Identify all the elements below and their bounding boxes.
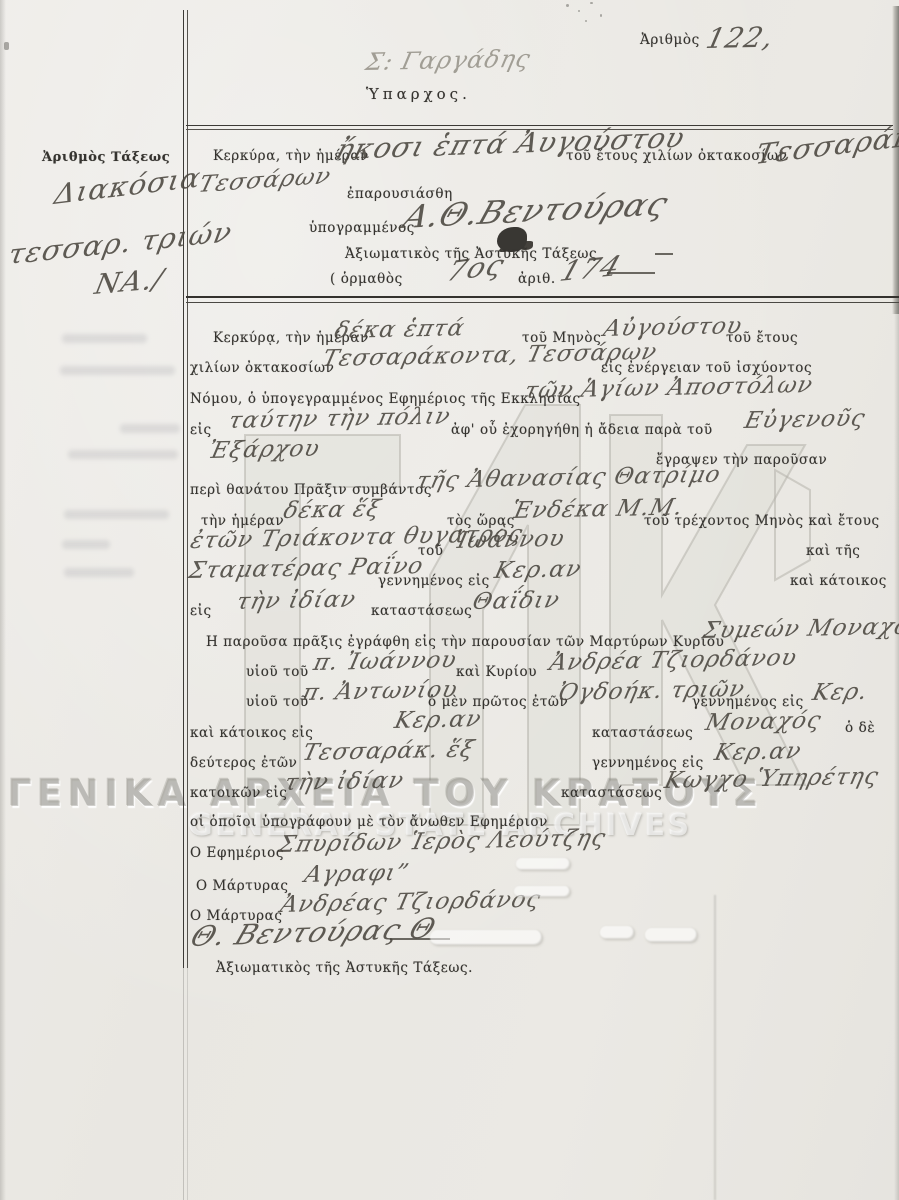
pen-dash [607,272,655,274]
act-printed: καὶ κάτοικος εἰς [190,725,313,741]
act-handwritten: Τεσσαράκ. ἕξ [300,736,477,766]
record-number-label: Ἀριθμὸς [640,32,700,48]
act-handwritten: Κερ.αν [392,706,484,734]
record-number-value: 122, [703,21,777,55]
act-handwritten: Ἰωάννου [452,526,568,554]
ink-speck [585,20,587,22]
pencil-signature-gargadis: Σ: Γαργάδης [363,45,534,76]
act-handwritten: Ἀνδρέα Τζιορδάνου [547,645,800,676]
emboss-stamp [516,858,570,870]
bleedthrough-mark [120,424,180,433]
presentation-printed: ( ὁρμαθὸς [330,271,403,287]
act-printed: δεύτερος ἐτῶν [190,755,297,771]
act-handwritten: Κερ.αν [492,556,584,584]
presentation-handwritten: Τεσσαράκοντ [753,113,899,171]
page-right-edge-dark [892,6,899,314]
act-handwritten: Αὐγούστου [601,313,745,342]
act-handwritten: π. Ἰωάννου [311,647,459,676]
form-vertical-rule-faded [183,968,188,1200]
pen-dash [655,253,673,255]
act-printed: ὁ δὲ [845,720,875,736]
act-printed: υἱοῦ τοῦ [246,664,309,680]
presentation-printed: ἀριθ. [518,271,556,287]
act-printed: χιλίων ὀκτακοσίων [190,360,334,376]
paper-crease [714,895,716,1200]
act-printed: τοῦ τρέχοντος Μηνὸς καὶ ἔτους [644,513,880,529]
act-handwritten: Ἐξάρχου [206,436,323,464]
yparchos-title: Ὑπαρχος. [366,85,471,103]
witness-signature-1: Αγραφι” [302,860,412,888]
act-handwritten: Κερ.αν [712,738,804,766]
emboss-stamp [600,926,634,939]
ink-speck [4,42,9,50]
officer-title-bottom: Ἀξιωματικὸς τῆς Ἀστυκῆς Τάξεως. [216,960,473,976]
act-handwritten: δέκα ἕξ [281,496,384,524]
bleedthrough-mark [68,450,178,459]
act-handwritten: Εὐγενοῦς [742,406,868,434]
act-handwritten: τὴν ἰδίαν [234,587,359,615]
scanned-death-record-page: ΓΕΝΙΚΑ ΑΡΧΕΙΑ ΤΟΥ ΚΡΑΤΟΥΣ GENERAL STATE … [0,0,899,1200]
act-printed: περὶ θανάτου Πρᾶξιν συμβάντος [190,482,432,498]
form-horizontal-rule-section [186,296,899,303]
bleedthrough-mark [62,540,110,549]
act-handwritten: δέκα ἑπτά [332,315,467,344]
emboss-stamp [430,930,542,945]
page-right-edge-shadow [894,310,899,1200]
emboss-stamp [514,886,570,897]
margin-handwriting-3: ΝΑ./ [92,262,167,301]
ink-speck [566,4,569,7]
act-handwritten: ταύτην τὴν πόλιν [226,403,453,434]
act-printed: καὶ Κυρίου [456,664,537,680]
bleedthrough-mark [62,334,147,343]
act-printed: κατοικῶν εἰς [190,785,287,801]
act-printed: τοῦ ἔτους [726,330,798,346]
act-handwritten: Κωγχο Ὑπηρέτης [662,764,881,794]
act-printed: εἰς [190,422,212,438]
act-handwritten: Κερ. [810,679,871,706]
act-printed: καὶ κάτοικος [790,573,887,589]
act-handwritten: τὴν ἰδίαν [282,768,407,796]
act-printed: εἰς [190,603,212,619]
act-printed: καταστάσεως [592,725,693,741]
bleedthrough-mark [60,366,175,375]
form-vertical-rule [183,10,188,968]
ink-speck [578,10,580,12]
act-printed: γεννημένος εἰς [378,573,490,589]
bleedthrough-mark [64,568,134,577]
presentation-handwritten: Τεσσάρων [196,163,334,198]
act-printed: ἀφ' οὗ ἐχορηγήθη ἡ ἄδεια παρὰ τοῦ [451,422,713,438]
act-printed: καὶ τῆς [806,543,860,559]
presentation-handwritten: 174 [556,249,626,288]
witness-label-1: Ο Μάρτυρας [196,878,289,894]
margin-handwriting-2: τεσσαρ. τριών [6,215,235,271]
act-handwritten: Μοναχός [703,708,824,736]
margin-handwriting-1: Διακόσια [52,161,204,211]
bleedthrough-mark [64,510,169,519]
order-number-label: Ἀριθμὸς Τάξεως [42,150,170,165]
act-printed: καταστάσεως [371,603,472,619]
emboss-stamp [645,928,697,942]
act-printed: καταστάσεως [561,785,662,801]
priest-label: Ο Εφημέριος [190,845,284,861]
page-left-edge-shadow [0,0,6,1200]
act-handwritten: Θαΐδιν [470,587,563,615]
priest-signature: Σπυρίδων Ἱερὸς Λεούτζης [276,825,609,858]
ink-speck [590,2,593,4]
act-printed: υἱοῦ τοῦ [246,694,309,710]
ink-speck [600,14,602,17]
